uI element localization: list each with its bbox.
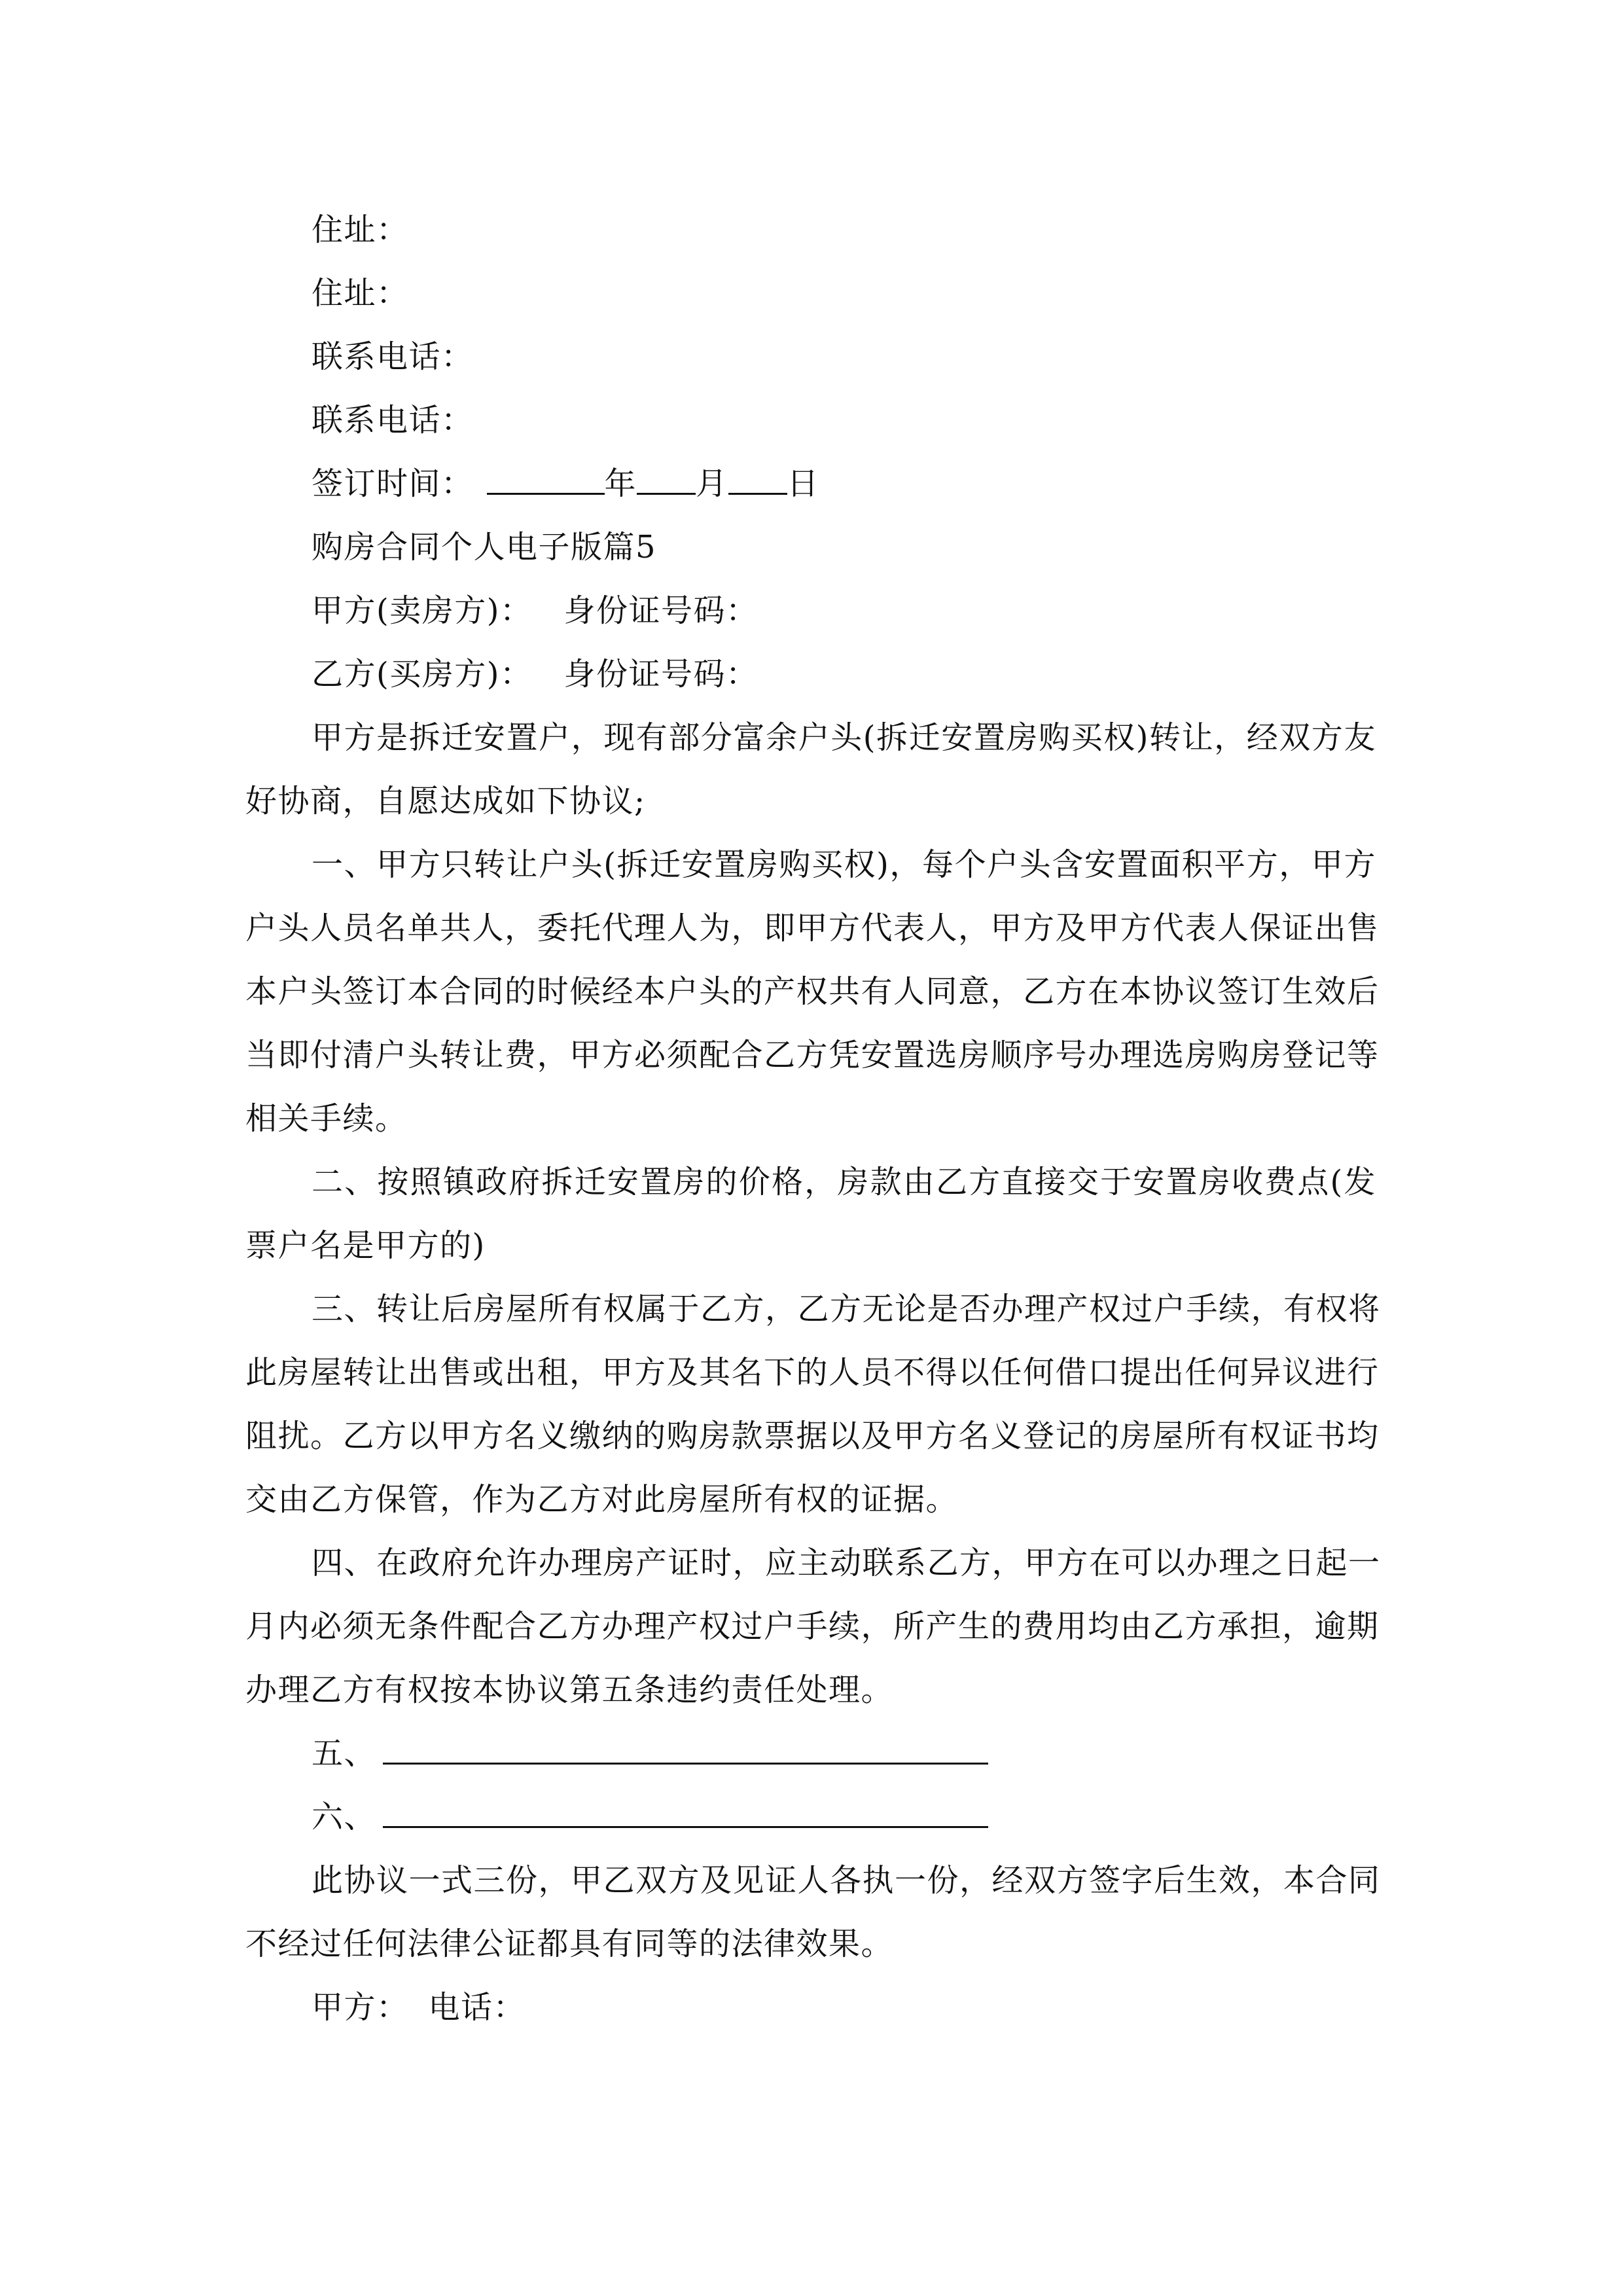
signature-party-a-label: 甲方：: [312, 1989, 409, 2026]
month-label: 月: [696, 465, 728, 502]
signature-line: 甲方：电话：: [312, 1976, 1376, 2039]
address-line-1: 住址：: [312, 198, 1376, 262]
document-page: 住址： 住址： 联系电话： 联系电话： 签订时间：年月日 购房合同个人电子版篇5…: [0, 0, 1623, 2296]
clause-3-line-1: 三、转让后房屋所有权属于乙方，乙方无论是否办理产权过户手续，有权将: [312, 1278, 1376, 1341]
clause-4-line-3: 办理乙方有权按本协议第五条违约责任处理。: [245, 1659, 1376, 1722]
year-label: 年: [605, 465, 637, 502]
party-b-id-label: 身份证号码：: [563, 656, 758, 692]
party-a-id-label: 身份证号码：: [563, 592, 758, 629]
clause-4-line-1: 四、在政府允许办理房产证时，应主动联系乙方，甲方在可以办理之日起一: [312, 1532, 1376, 1595]
party-b-line: 乙方(买房方)：身份证号码：: [312, 643, 1376, 706]
clause-1-line-2: 户头人员名单共人，委托代理人为，即甲方代表人，甲方及甲方代表人保证出售: [245, 897, 1376, 960]
phone-line-2: 联系电话：: [312, 389, 1376, 452]
clause-1-line-5: 相关手续。: [245, 1087, 1376, 1151]
clause-6-blank[interactable]: [383, 1785, 988, 1828]
closing-line-1: 此协议一式三份，甲乙双方及见证人各执一份，经双方签字后生效，本合同: [312, 1849, 1376, 1912]
clause-1-line-4: 当即付清户头转让费，甲方必须配合乙方凭安置选房顺序号办理选房购房登记等: [245, 1024, 1376, 1087]
signature-phone-label: 电话：: [429, 1989, 526, 2026]
clause-3-line-2: 此房屋转让出售或出租，甲方及其名下的人员不得以任何借口提出任何异议进行: [245, 1341, 1376, 1405]
clause-2-line-2: 票户名是甲方的): [245, 1214, 1376, 1278]
party-a-label: 甲方(卖房方)：: [312, 592, 532, 629]
clause-6-line: 六、: [312, 1785, 1376, 1849]
clause-1-line-1: 一、甲方只转让户头(拆迁安置房购买权)，每个户头含安置面积平方，甲方: [312, 833, 1376, 897]
party-b-label: 乙方(买房方)：: [312, 656, 532, 692]
section-title: 购房合同个人电子版篇5: [312, 516, 1376, 579]
clause-2-line-1: 二、按照镇政府拆迁安置房的价格，房款由乙方直接交于安置房收费点(发: [312, 1151, 1376, 1214]
party-a-line: 甲方(卖房方)：身份证号码：: [312, 579, 1376, 643]
closing-line-2: 不经过任何法律公证都具有同等的法律效果。: [245, 1912, 1376, 1976]
clause-5-label: 五、: [312, 1735, 376, 1772]
intro-line-2: 好协商，自愿达成如下协议;: [245, 770, 1376, 833]
clause-3-line-4: 交由乙方保管，作为乙方对此房屋所有权的证据。: [245, 1468, 1376, 1532]
sign-date-line: 签订时间：年月日: [312, 452, 1376, 516]
phone-line-1: 联系电话：: [312, 325, 1376, 389]
clause-6-label: 六、: [312, 1799, 376, 1835]
sign-date-label: 签订时间：: [312, 465, 474, 502]
year-blank[interactable]: [487, 452, 605, 495]
clause-1-line-3: 本户头签订本合同的时候经本户头的产权共有人同意，乙方在本协议签订生效后: [245, 960, 1376, 1024]
address-line-2: 住址：: [312, 262, 1376, 325]
day-blank[interactable]: [728, 452, 787, 495]
intro-line-1: 甲方是拆迁安置户，现有部分富余户头(拆迁安置房购买权)转让，经双方友: [312, 706, 1376, 770]
clause-3-line-3: 阻扰。乙方以甲方名义缴纳的购房款票据以及甲方名义登记的房屋所有权证书均: [245, 1405, 1376, 1468]
clause-5-line: 五、: [312, 1722, 1376, 1785]
clause-4-line-2: 月内必须无条件配合乙方办理产权过户手续，所产生的费用均由乙方承担，逾期: [245, 1595, 1376, 1659]
day-label: 日: [787, 465, 820, 502]
clause-5-blank[interactable]: [383, 1722, 988, 1765]
month-blank[interactable]: [637, 452, 696, 495]
